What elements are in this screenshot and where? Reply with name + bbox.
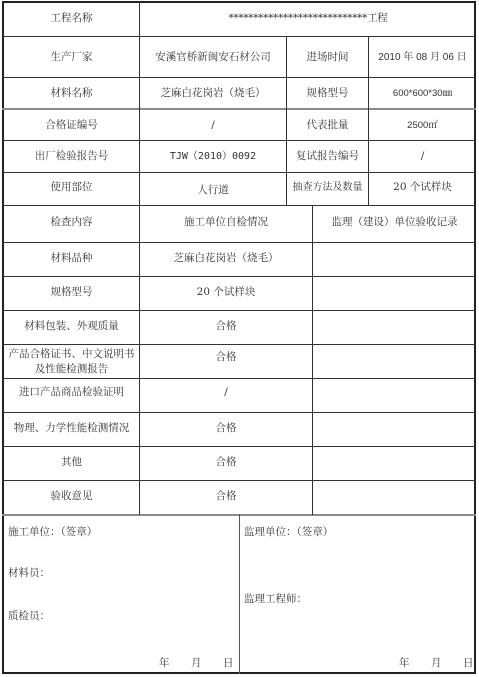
certificate-no-label: 合格证编号 xyxy=(4,110,139,140)
usage-location-value: 人行道 xyxy=(140,176,286,205)
retest-report-no-value: / xyxy=(369,141,476,172)
manufacturer-value: 安溪官桥新闽安石材公司 xyxy=(140,37,286,77)
supervision-value[interactable] xyxy=(313,379,476,412)
contractor-date-month: 月 xyxy=(191,655,202,670)
batch-quantity-value: 2500㎡ xyxy=(369,110,476,140)
self-check-value: 合格 xyxy=(140,481,312,511)
certificate-no-value: / xyxy=(140,110,286,140)
supervision-value[interactable] xyxy=(313,243,476,276)
check-item: 产品合格证书、中文说明书 及性能检测报告 xyxy=(4,345,139,378)
self-check-value: 20 个试样块 xyxy=(140,277,312,307)
supervision-value[interactable] xyxy=(313,447,476,480)
check-item: 验收意见 xyxy=(4,481,139,511)
sampling-method-label: 抽查方法及数量 xyxy=(287,173,368,201)
self-check-header: 施工单位自检情况 xyxy=(140,206,312,238)
project-name-value: ****************************工程 xyxy=(140,1,476,36)
retest-report-no-label: 复试报告编号 xyxy=(287,141,368,172)
project-name-label: 工程名称 xyxy=(4,1,139,36)
contractor-date-year: 年 xyxy=(159,655,170,670)
supervising-engineer-label: 监理工程师： xyxy=(244,591,307,606)
arrival-date-value: 2010 年 08 月 06 日 xyxy=(369,37,476,77)
self-check-value: 合格 xyxy=(140,311,312,341)
check-item: 其他 xyxy=(4,447,139,477)
material-name-value: 芝麻白花岗岩（烧毛） xyxy=(140,78,286,108)
material-staff-label: 材料员： xyxy=(8,565,50,580)
self-check-value: / xyxy=(140,379,312,405)
check-item-line1: 产品合格证书、中文说明书 xyxy=(9,347,135,362)
contractor-date-day: 日 xyxy=(223,655,234,670)
supervision-value[interactable] xyxy=(313,481,476,514)
self-check-value: 芝麻白花岗岩（烧毛） xyxy=(140,243,312,273)
batch-quantity-label: 代表批量 xyxy=(287,110,368,140)
self-check-value: 合格 xyxy=(140,345,312,369)
supervision-value[interactable] xyxy=(313,345,476,378)
arrival-date-label: 进场时间 xyxy=(287,37,368,77)
col-divider xyxy=(239,514,240,674)
factory-report-no-value: TJW（2010）0092 xyxy=(140,141,286,172)
usage-location-label: 使用部位 xyxy=(4,173,139,201)
spec-model-value: 600*600*30㎜ xyxy=(369,78,476,108)
spec-model-label: 规格型号 xyxy=(287,78,368,108)
check-item: 材料包装、外观质量 xyxy=(4,311,139,341)
self-check-value: 合格 xyxy=(140,413,312,443)
check-item-line2: 及性能检测报告 xyxy=(35,362,109,377)
check-item: 规格型号 xyxy=(4,277,139,307)
supervision-value[interactable] xyxy=(313,311,476,344)
factory-report-no-label: 出厂检验报告号 xyxy=(4,141,139,172)
supervisor-date-day: 日 xyxy=(463,655,474,670)
self-check-value: 合格 xyxy=(140,447,312,477)
material-name-label: 材料名称 xyxy=(4,78,139,108)
sampling-method-value: 20 个试样块 xyxy=(369,173,476,201)
supervisor-date-month: 月 xyxy=(431,655,442,670)
supervision-value[interactable] xyxy=(313,277,476,310)
check-item: 材料品种 xyxy=(4,243,139,273)
check-item: 物理、力学性能检测情况 xyxy=(4,413,139,443)
manufacturer-label: 生产厂家 xyxy=(4,37,139,77)
check-item-header: 检查内容 xyxy=(4,206,139,238)
supervisor-date-year: 年 xyxy=(399,655,410,670)
supervision-record-header: 监理（建设）单位验收记录 xyxy=(313,206,476,238)
check-item: 进口产品商品检验证明 xyxy=(4,379,139,405)
supervisor-unit-stamp-label: 监理单位：（签章） xyxy=(244,524,333,539)
supervision-value[interactable] xyxy=(313,413,476,446)
contractor-unit-stamp-label: 施工单位：（签章） xyxy=(8,524,97,539)
qc-staff-label: 质检员： xyxy=(8,608,50,623)
